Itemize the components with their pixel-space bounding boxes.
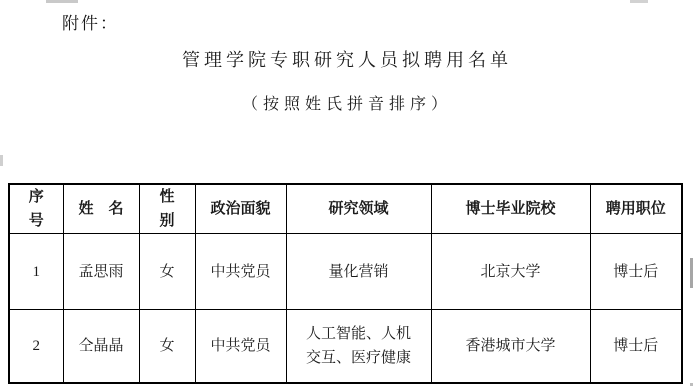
- cell-political: 中共党员: [195, 234, 286, 310]
- header-cell-index: 序号: [9, 184, 63, 234]
- document-page: 附件： 管理学院专职研究人员拟聘用名单 （按照姓氏拼音排序） 序号 姓 名 性别…: [0, 0, 694, 387]
- cell-position: 博士后: [590, 234, 682, 310]
- header-cell-field: 研究领域: [286, 184, 431, 234]
- table-row: 2 仝晶晶 女 中共党员 人工智能、人机交互、医疗健康 香港城市大学 博士后: [9, 310, 682, 383]
- cell-phd-school: 北京大学: [431, 234, 590, 310]
- cell-name: 仝晶晶: [63, 310, 139, 383]
- page-edge-artifact: [630, 0, 648, 3]
- header-cell-name: 姓 名: [63, 184, 139, 234]
- scrollbar-artifact: [690, 258, 693, 288]
- cell-gender: 女: [139, 310, 195, 383]
- cell-index: 1: [9, 234, 63, 310]
- cell-index: 2: [9, 310, 63, 383]
- cell-field: 人工智能、人机交互、医疗健康: [286, 310, 431, 383]
- attachment-label: 附件：: [62, 9, 119, 34]
- roster-table: 序号 姓 名 性别 政治面貌 研究领域 博士毕业院校 聘用职位 1 孟思雨 女 …: [8, 183, 683, 384]
- cell-gender: 女: [139, 234, 195, 310]
- header-cell-phd-school: 博士毕业院校: [431, 184, 590, 234]
- cell-position: 博士后: [590, 310, 682, 383]
- cell-political: 中共党员: [195, 310, 286, 383]
- header-cell-political: 政治面貌: [195, 184, 286, 234]
- cell-field: 量化营销: [286, 234, 431, 310]
- header-cell-position: 聘用职位: [590, 184, 682, 234]
- page-edge-artifact: [0, 155, 3, 166]
- page-edge-artifact: [46, 0, 78, 3]
- cell-name: 孟思雨: [63, 234, 139, 310]
- page-edge-artifact: [690, 383, 693, 386]
- table-header-row: 序号 姓 名 性别 政治面貌 研究领域 博士毕业院校 聘用职位: [9, 184, 682, 234]
- table-row: 1 孟思雨 女 中共党员 量化营销 北京大学 博士后: [9, 234, 682, 310]
- page-title: 管理学院专职研究人员拟聘用名单: [0, 46, 694, 72]
- header-cell-gender: 性别: [139, 184, 195, 234]
- page-subtitle: （按照姓氏拼音排序）: [0, 91, 694, 114]
- cell-phd-school: 香港城市大学: [431, 310, 590, 383]
